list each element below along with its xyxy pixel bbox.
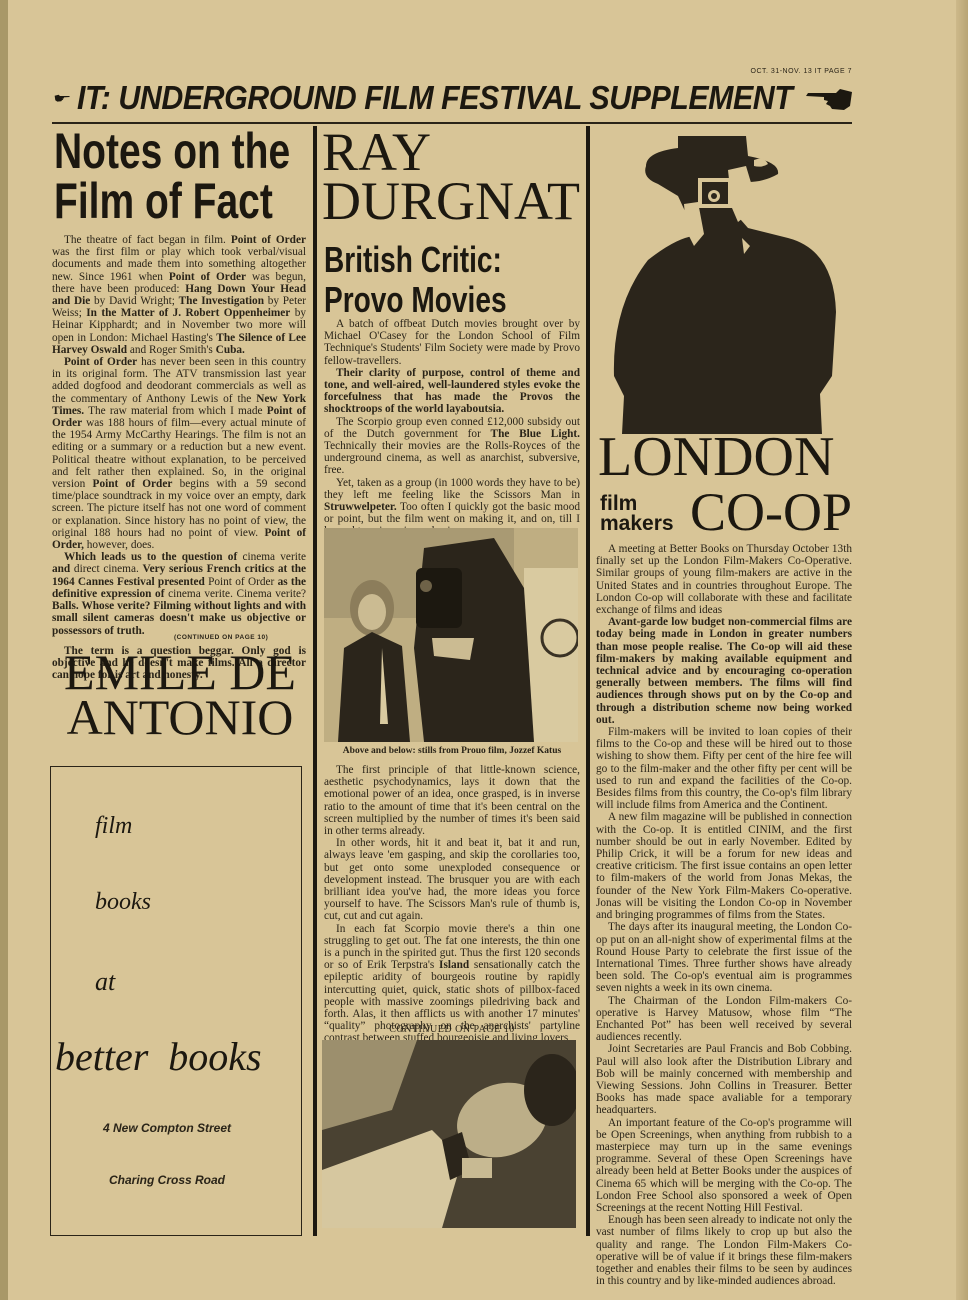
article-paragraph: Film-makers will be invited to loan copi…	[596, 726, 852, 811]
article-paragraph: Joint Secretaries are Paul Francis and B…	[596, 1043, 852, 1116]
column-divider	[313, 126, 317, 1236]
byline-line: ANTONIO	[52, 695, 308, 740]
article-paragraph: In other words, hit it and beat it, bat …	[324, 837, 580, 922]
byline-emile-de-antonio: EMILE DE ANTONIO	[52, 650, 308, 740]
film-still-photo-camera	[324, 528, 578, 742]
article-paragraph: Point of Order has never been seen in th…	[52, 356, 306, 551]
pointing-hand-left-icon	[804, 84, 854, 114]
author-line: RAY	[322, 128, 580, 177]
ad-text: books	[95, 889, 151, 916]
ad-address-street: 4 New Compton Street	[103, 1121, 231, 1135]
left-article-body: The theatre of fact began in film. Point…	[52, 234, 306, 681]
photo-image	[598, 126, 860, 434]
ad-text: at	[95, 967, 115, 997]
right-article-body: A meeting at Better Books on Thursday Oc…	[596, 543, 852, 1287]
article-paragraph: A meeting at Better Books on Thursday Oc…	[596, 543, 852, 616]
article-paragraph: The Chairman of the London Film-makers C…	[596, 995, 852, 1044]
left-headline: Notes on the Film of Fact	[54, 126, 357, 226]
ad-address-road: Charing Cross Road	[109, 1173, 225, 1187]
left-continued: (CONTINUED ON PAGE 10)	[174, 634, 268, 641]
photographer-silhouette-photo	[598, 126, 860, 434]
headline-london: LONDON	[598, 432, 834, 482]
article-paragraph: A new film magazine will be published in…	[596, 811, 852, 921]
article-paragraph: The Scorpio group even conned £12,000 su…	[324, 416, 580, 477]
article-paragraph: An important feature of the Co-op's prog…	[596, 1117, 852, 1215]
headline-line: British Critic:	[324, 240, 507, 280]
middle-author: RAY DURGNAT	[322, 128, 580, 225]
middle-headline: British Critic: Provo Movies	[324, 240, 558, 320]
ad-store-name: better books	[55, 1033, 262, 1080]
dateline: OCT. 31-NOV. 13 IT PAGE 7	[751, 68, 852, 75]
page-edge-right	[956, 0, 968, 1300]
middle-article-body-bottom: The first principle of that little-known…	[324, 764, 580, 1045]
film-still-photo-reclining	[322, 1040, 576, 1228]
coop-headline: LONDON film makers CO-OP	[598, 432, 860, 536]
better-books-advertisement: film books at better books 4 New Compton…	[50, 766, 302, 1236]
author-line: DURGNAT	[322, 177, 580, 226]
headline-line: Film of Fact	[54, 176, 290, 226]
photo-image	[322, 1040, 576, 1228]
article-paragraph: A batch of offbeat Dutch movies brought …	[324, 318, 580, 367]
middle-article-body-top: A batch of offbeat Dutch movies brought …	[324, 318, 580, 538]
banner: IT: UNDERGROUND FILM FESTIVAL SUPPLEMENT	[54, 78, 854, 118]
banner-title: IT: UNDERGROUND FILM FESTIVAL SUPPLEMENT	[77, 79, 792, 117]
headline-makers: makers	[600, 514, 674, 534]
middle-continued: CONTINUED ON PAGE 10	[324, 1024, 580, 1035]
headline-line: Notes on the	[54, 126, 290, 176]
pointing-hand-right-icon	[54, 83, 71, 113]
article-paragraph: Avant-garde low budget non-commercial fi…	[596, 616, 852, 726]
headline-line: Provo Movies	[324, 280, 507, 320]
article-paragraph: Which leads us to the question of cinema…	[52, 551, 306, 636]
headline-film: film	[600, 494, 674, 514]
column-divider	[586, 126, 590, 1236]
page-edge-left	[0, 0, 8, 1300]
ad-text: film	[95, 813, 132, 840]
article-paragraph: The days after its inaugural meeting, th…	[596, 921, 852, 994]
article-paragraph: The theatre of fact began in film. Point…	[52, 234, 306, 356]
article-paragraph: The first principle of that little-known…	[324, 764, 580, 837]
article-paragraph: Their clarity of purpose, control of the…	[324, 367, 580, 416]
article-paragraph: Enough has been seen already to indicate…	[596, 1214, 852, 1287]
headline-co-op: CO-OP	[690, 488, 852, 537]
photo-image	[324, 528, 578, 742]
photo-caption: Above and below: stills from Prouo film,…	[324, 746, 580, 756]
